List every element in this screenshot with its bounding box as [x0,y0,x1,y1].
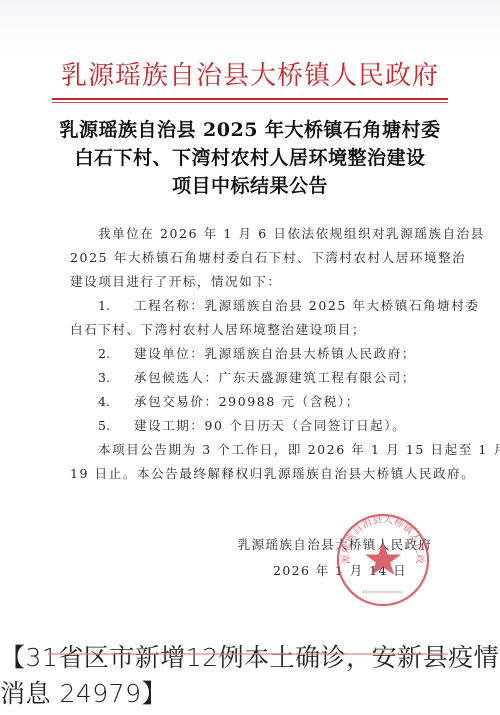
closing-line: 19 日止。本公告最终解释权归乳源瑶族自治县大桥镇人民政府。 [70,462,440,486]
list-item: 1.工程名称：乳源瑶族自治县 2025 年大桥镇石角塘村委 [70,294,440,318]
list-number: 5. [98,414,134,438]
document-page: 乳源瑶族自治县大桥镇人民政府 乳源瑶族自治县 2025 年大桥镇石角塘村委 白石… [0,0,500,625]
list-number: 2. [98,342,134,366]
list-text: 工程名称：乳源瑶族自治县 2025 年大桥镇石角塘村委 [134,298,479,313]
list-item: 5.建设工期：90 个日历天（合同签订日起）。 [70,414,440,438]
red-divider-thin [52,102,448,103]
title-line: 乳源瑶族自治县 2025 年大桥镇石角塘村委 [0,116,500,144]
list-number: 4. [98,390,134,414]
closing-line: 本项目公告期为 3 个工作日，即 2026 年 1 月 15 日起至 1 月 [70,438,440,462]
caption-text: 【31省区市新增12例本土确诊，安新县疫情最 消息 24979】 [0,640,500,712]
list-text: 建设单位：乳源瑶族自治县大桥镇人民政府； [134,346,416,361]
intro-line: 2025 年大桥镇石角塘村委白石下村、下湾村农村人居环境整治 [70,246,440,270]
list-text: 建设工期：90 个日历天（合同签订日起）。 [134,418,406,433]
intro-line: 建设项目进行了开标，情况如下： [70,270,440,294]
intro-line: 我单位在 2026 年 1 月 6 日依法依规组织对乳源瑶族自治县 [70,222,440,246]
list-item: 2.建设单位：乳源瑶族自治县大桥镇人民政府； [70,342,440,366]
title-line: 项目中标结果公告 [0,172,500,200]
strikethrough-line [48,653,448,655]
caption-line-2: 消息 24979】 [0,676,500,712]
list-number: 1. [98,294,134,318]
list-number: 3. [98,366,134,390]
list-item: 3.承包候选人：广东天盛源建筑工程有限公司； [70,366,440,390]
list-text: 承包交易价：290988 元（含税）； [134,394,360,409]
document-body: 我单位在 2026 年 1 月 6 日依法依规组织对乳源瑶族自治县 2025 年… [70,222,440,486]
caption-line-1: 【31省区市新增12例本土确诊，安新县疫情最 [0,643,500,672]
star-icon [365,542,401,575]
list-item-continuation: 白石下村、下湾村农村人居环境整治建设项目； [70,318,440,342]
list-item: 4.承包交易价：290988 元（含税）； [70,390,440,414]
red-divider-thick [52,98,448,100]
issuer-heading: 乳源瑶族自治县大桥镇人民政府 [0,60,500,92]
document-title: 乳源瑶族自治县 2025 年大桥镇石角塘村委 白石下村、下湾村农村人居环境整治建… [0,116,500,200]
title-line: 白石下村、下湾村农村人居环境整治建设 [0,144,500,172]
list-text: 承包候选人：广东天盛源建筑工程有限公司； [134,370,416,385]
official-seal-icon: 乳源瑶族自治县大桥镇人民政府 [335,512,431,608]
